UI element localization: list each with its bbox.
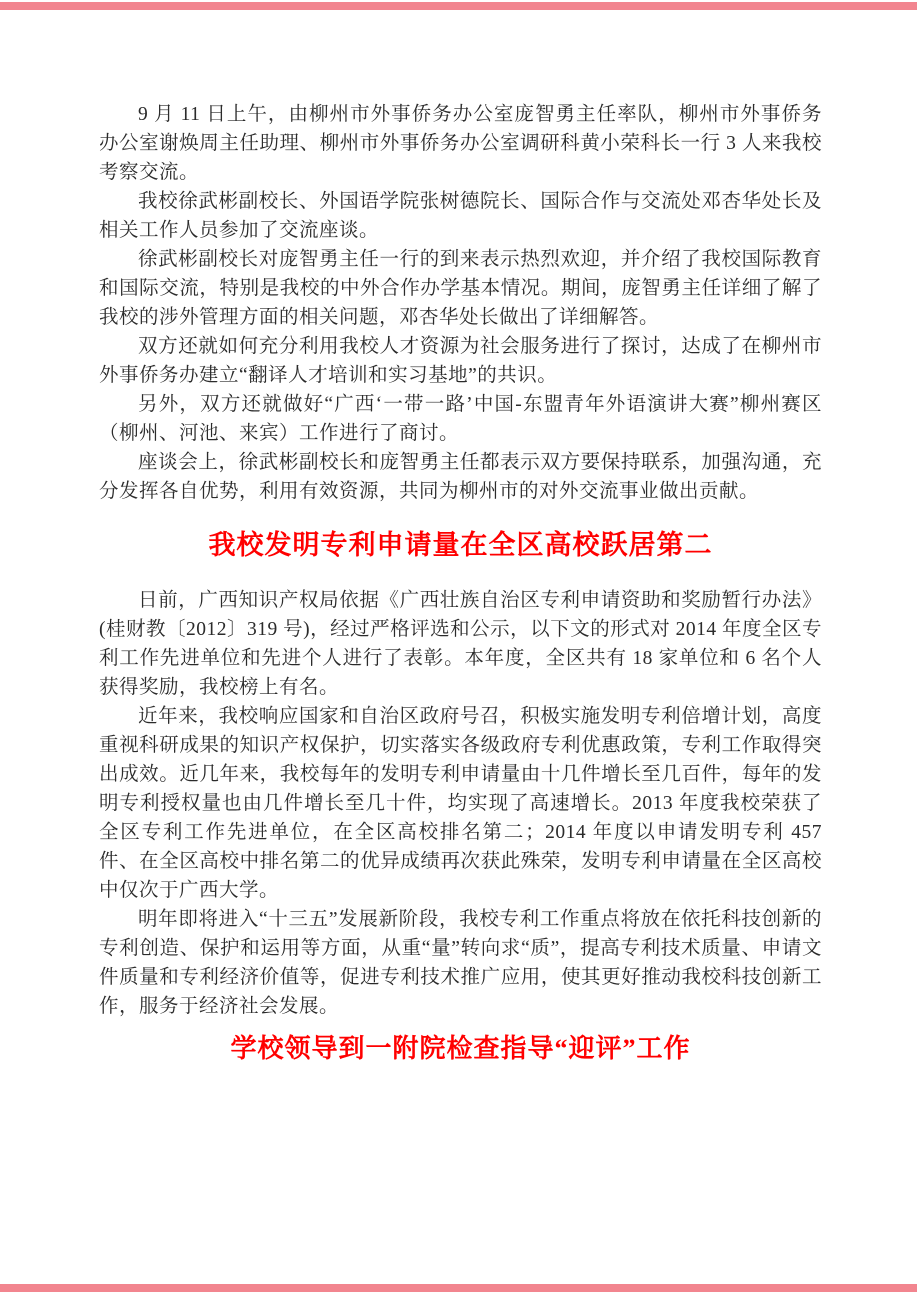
bottom-accent-bar	[0, 1284, 917, 1292]
paragraph-patent-3: 明年即将进入“十三五”发展新阶段，我校专利工作重点将放在依托科技创新的专利创造、…	[99, 905, 822, 1021]
heading-patent-ranking: 我校发明专利申请量在全区高校跃居第二	[99, 530, 822, 560]
paragraph-exchange-4: 双方还就如何充分利用我校人才资源为社会服务进行了探讨，达成了在柳州市外事侨务办建…	[99, 332, 822, 390]
paragraph-exchange-6: 座谈会上，徐武彬副校长和庞智勇主任都表示双方要保持联系，加强沟通，充分发挥各自优…	[99, 448, 822, 506]
document-page: 9 月 11 日上午，由柳州市外事侨务办公室庞智勇主任率队，柳州市外事侨务办公室…	[99, 100, 822, 1064]
paragraph-exchange-1: 9 月 11 日上午，由柳州市外事侨务办公室庞智勇主任率队，柳州市外事侨务办公室…	[99, 100, 822, 187]
top-accent-bar	[0, 2, 917, 10]
paragraph-exchange-3: 徐武彬副校长对庞智勇主任一行的到来表示热烈欢迎，并介绍了我校国际教育和国际交流，…	[99, 245, 822, 332]
heading-hospital-inspection: 学校领导到一附院检查指导“迎评”工作	[99, 1034, 822, 1064]
paragraph-exchange-5: 另外，双方还就做好“广西‘一带一路’中国-东盟青年外语演讲大赛”柳州赛区（柳州、…	[99, 390, 822, 448]
paragraph-patent-1: 日前，广西知识产权局依据《广西壮族自治区专利申请资助和奖励暂行办法》(桂财教〔2…	[99, 586, 822, 702]
paragraph-exchange-2: 我校徐武彬副校长、外国语学院张树德院长、国际合作与交流处邓杏华处长及相关工作人员…	[99, 187, 822, 245]
paragraph-patent-2: 近年来，我校响应国家和自治区政府号召，积极实施发明专利倍增计划，高度重视科研成果…	[99, 702, 822, 905]
